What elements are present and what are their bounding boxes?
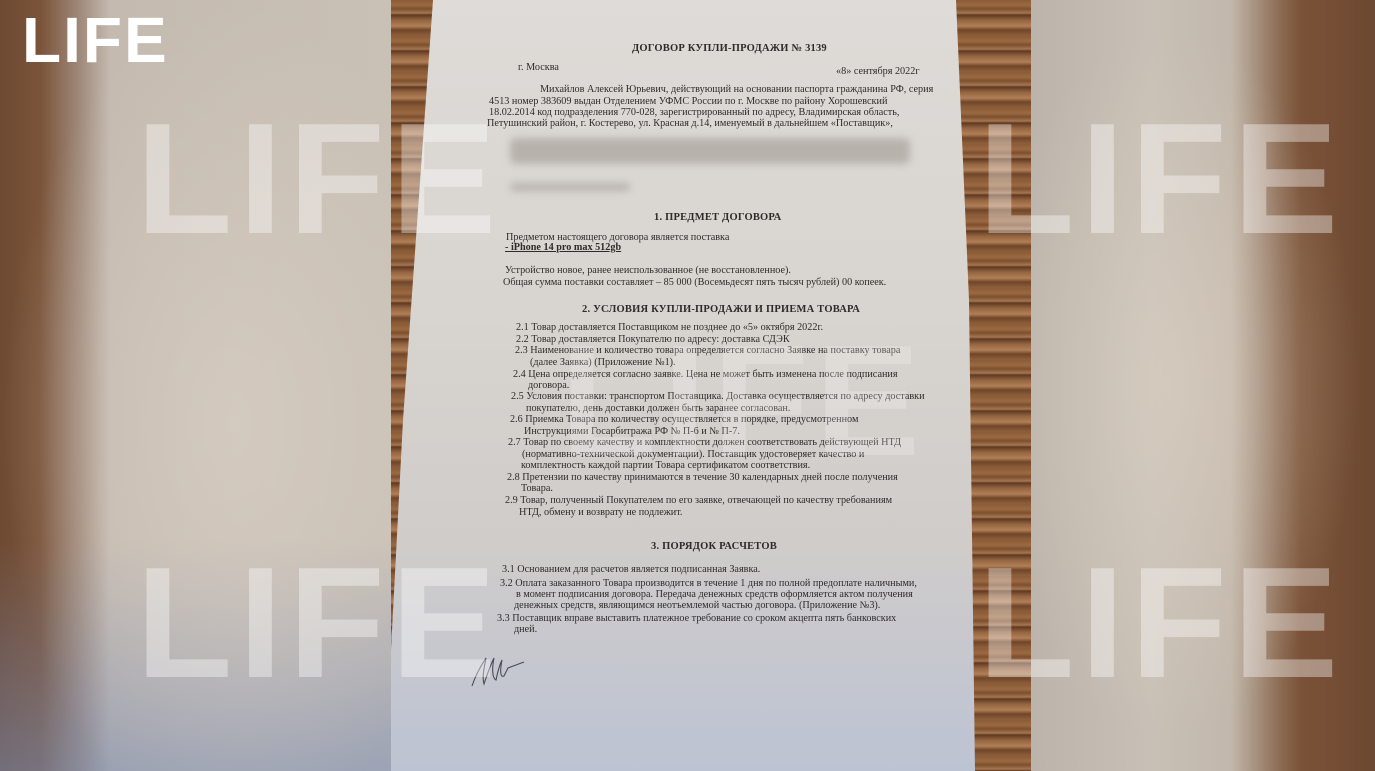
preamble-line: Петушинский район, г. Костерево, ул. Кра…: [487, 118, 893, 130]
section3-heading: 3. ПОРЯДОК РАСЧЕТОВ: [651, 541, 777, 553]
section1-heading: 1. ПРЕДМЕТ ДОГОВОРА: [654, 212, 781, 224]
preamble-line: 18.02.2014 код подразделения 770-028, за…: [489, 107, 899, 119]
clause-line: НТД, обмену и возврату не подлежит.: [519, 507, 682, 519]
preamble-line: 4513 номер 383609 выдан Отделением УФМС …: [489, 96, 887, 108]
clause-line: 3.1 Основанием для расчетов является под…: [502, 564, 760, 576]
document-city: г. Москва: [518, 62, 559, 74]
clause-line: в момент подписания договора. Передача д…: [516, 589, 913, 601]
product-condition: Устройство новое, ранее неиспользованное…: [505, 265, 791, 277]
clause-line: 3.3 Поставщик вправе выставить платежное…: [497, 613, 896, 625]
redacted-buyer-details: [510, 138, 910, 164]
preamble-line: Михайлов Алексей Юрьевич, действующий на…: [540, 84, 933, 96]
clause-line: дней.: [514, 624, 537, 636]
redacted-buyer-details: [510, 183, 630, 191]
clause-line: денежных средств, являющимся неотъемлемо…: [514, 600, 880, 612]
watermark: LIFE: [978, 544, 1344, 702]
watermark: LIFE: [136, 100, 502, 258]
watermark: LIFE: [560, 322, 926, 480]
watermark: LIFE: [978, 100, 1344, 258]
clause-line: Товара.: [521, 483, 553, 495]
watermark: LIFE: [136, 544, 502, 702]
product-item: - iPhone 14 pro max 512gb: [505, 242, 621, 254]
clause-line: 2.9 Товар, полученный Покупателем по его…: [505, 495, 892, 507]
document-date: «8» сентября 2022г: [836, 66, 920, 78]
total-amount: Общая сумма поставки составляет – 85 000…: [503, 277, 886, 289]
life-logo: LIFE: [22, 8, 169, 72]
clause-line: 3.2 Оплата заказанного Товара производит…: [500, 578, 917, 590]
document-title: ДОГОВОР КУПЛИ-ПРОДАЖИ № 3139: [632, 43, 827, 55]
